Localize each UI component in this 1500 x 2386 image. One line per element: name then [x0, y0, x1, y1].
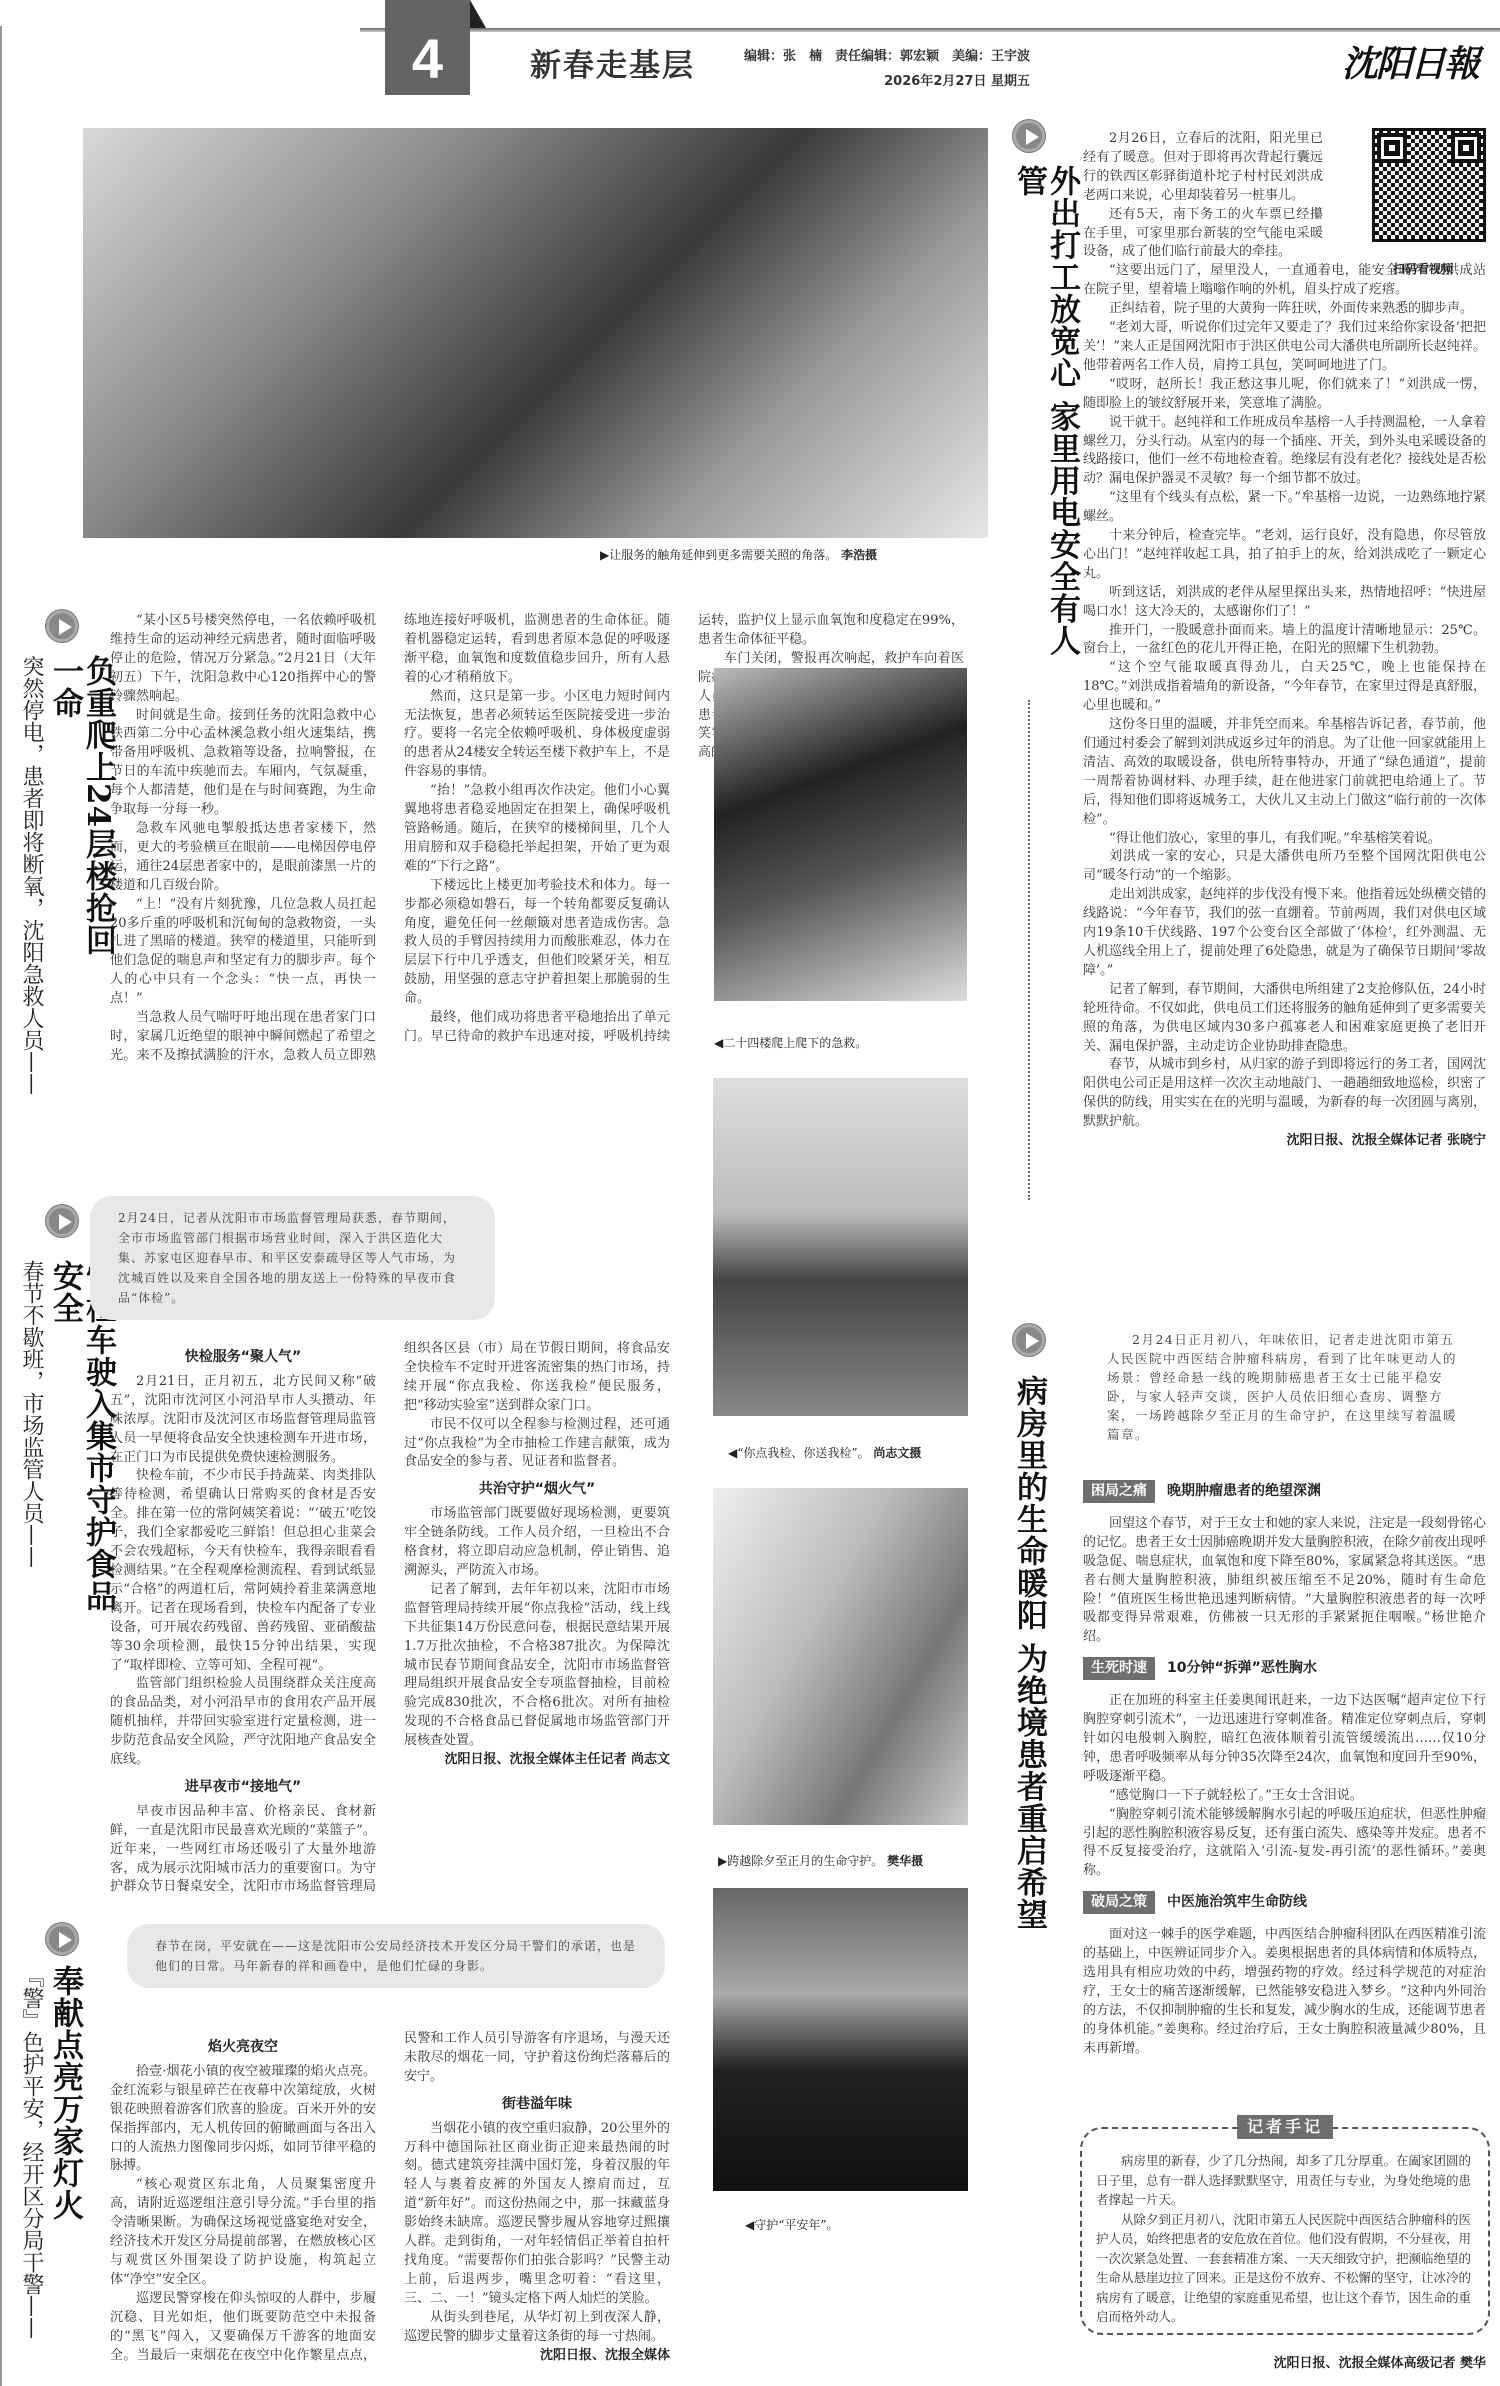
paragraph: “胸腔穿刺引流术能够缓解胸水引起的呼吸压迫症状，但恶性肿瘤引起的恶性胸腔积液容易…: [1083, 1806, 1486, 1882]
subheading: 进早夜市“接地气”: [110, 1778, 376, 1797]
paragraph: “抬！”急救小组再次作决定。他们小心翼翼地将患者稳妥地固定在担架上，确保呼吸机管…: [404, 782, 670, 877]
article-rescue-body: “某小区5号楼突然停电，一名依赖呼吸机维持生命的运动神经元病患者，随时面临呼吸停…: [110, 612, 670, 1082]
paragraph: 记者了解到，去年年初以来，沈阳市市场监督管理局持续开展“你点我检”活动，线上线下…: [404, 1581, 670, 1751]
rescue-photo-caption: ◀二十四楼爬上爬下的急救。: [714, 1034, 867, 1051]
paragraph: 正纠结着，院子里的大黄狗一阵狂吠，外面传来熟悉的脚步声。: [1083, 300, 1486, 319]
byline: 沈阳日报、沈报全媒体高级记者 樊华: [1273, 2352, 1486, 2371]
column-divider: [1028, 700, 1030, 1200]
reporter-note-title: 记者手记: [1237, 2115, 1333, 2139]
byline: 沈阳日报、沈报全媒体主任记者 尚志文: [404, 1751, 670, 1770]
paragraph: 正在加班的科室主任姜奥闻讯赶来，一边下达医嘱“超声定位下行胸腔穿刺引流术”，一边…: [1083, 1692, 1486, 1787]
section-heading: 破局之策中医施治筑牢生命防线: [1083, 1891, 1486, 1914]
page-left-rule: [0, 26, 2, 2386]
page-number: 4: [385, 0, 470, 95]
section-heading: 生死时速10分钟“拆弹”恶性胸水: [1083, 1657, 1486, 1680]
paragraph: 推开门，一股暖意扑面而来。墙上的温度计清晰地显示：25℃。窗台上，一盆红色的花儿…: [1083, 622, 1486, 660]
paragraph: “感觉胸口一下子就轻松了。”王女士含泪说。: [1083, 1787, 1486, 1806]
headline-rescue: 负重爬上24层楼抢回一命: [48, 655, 114, 985]
byline: 沈阳日报、沈报全媒体: [404, 2347, 670, 2366]
photo-credit: 樊华摄: [887, 1854, 923, 1868]
subhead-police: 『警』色护平安，经开区分局干警——: [18, 1965, 44, 2375]
paragraph: 春节，从城市到乡村，从归家的游子到即将远行的务工者，国网沈阳供电公司正是用这样一…: [1083, 1056, 1486, 1132]
section-tag: 生死时速: [1083, 1657, 1155, 1680]
headline-police: 奉献点亮万家灯火: [48, 1965, 81, 2265]
paragraph: “上！”没有片刻犹豫，几位急救人员扛起20多斤重的呼吸机和沉甸甸的急救物资，一头…: [110, 896, 376, 1009]
hospital-photo-caption: ▶跨越除夕至正月的生命守护。 樊华摄: [718, 1852, 923, 1869]
top-photo: [83, 128, 988, 538]
paragraph: 监管部门组织检验人员围绕群众关注度高的食品品类，对小河沿早市的食用农产品开展随机…: [110, 1675, 376, 1770]
video-play-icon[interactable]: [1013, 1324, 1045, 1356]
issue-date: 2026年2月27日 星期五: [744, 69, 1030, 94]
paragraph: 这份冬日里的温暖，并非凭空而来。牟基榕告诉记者，春节前，他们通过村委会了解到刘洪…: [1083, 716, 1486, 829]
paragraph: 快检车前，不少市民手持蔬菜、肉类排队等待检测，希望确认日常购买的食材是否安全。排…: [110, 1467, 376, 1675]
section-title: 新春走基层: [530, 40, 695, 85]
editors-line: 编辑：张 楠 责任编辑：郭宏颖 美编：王宇波: [744, 44, 1030, 69]
editor-credits: 编辑：张 楠 责任编辑：郭宏颖 美编：王宇波 2026年2月27日 星期五: [744, 44, 1030, 94]
paragraph: “老刘大哥，听说你们过完年又要走了？我们过来给你家设备‘把把关’！”来人正是国网…: [1083, 319, 1486, 376]
photo-credit: 李浩摄: [841, 548, 877, 562]
subhead-rescue: 突然停电，患者即将断氧，沈阳急救人员——: [18, 655, 44, 1095]
article-market-body: 快检服务“聚人气” 2月21日，正月初五，北方民间又称“破五”，沈阳市沈河区小河…: [110, 1340, 670, 1900]
paragraph: 十来分钟后，检查完毕。“老刘，运行良好，没有隐患，你尽管放心出门！”赵纯祥收起工…: [1083, 527, 1486, 584]
paragraph: 2月21日，正月初五，北方民间又称“破五”，沈阳市沈河区小河沿早市人头攒动、年味…: [110, 1373, 376, 1468]
paragraph: 下楼远比上楼更加考验技术和体力。每一步都必须稳如磐石，每一个转角都要反复确认角度…: [404, 877, 670, 1009]
paragraph: 病房里的新春，少了几分热闹，却多了几分厚重。在阖家团圆的日子里，总有一群人选择默…: [1096, 2151, 1474, 2210]
reporter-note: 记者手记 病房里的新春，少了几分热闹，却多了几分厚重。在阖家团圆的日子里，总有一…: [1080, 2127, 1490, 2335]
paragraph: 2月26日，立春后的沈阳，阳光里已经有了暖意。但对于即将再次背起行囊远行的铁西区…: [1083, 130, 1323, 206]
paragraph: “得让他们放心，家里的事儿，有我们呢。”牟基榕笑着说。: [1083, 830, 1486, 849]
paragraph: 时间就是生命。接到任务的沈阳急救中心铁西第二分中心孟林溪急救小组火速集结，携带备…: [110, 707, 376, 820]
paragraph: 急救车风驰电掣般抵达患者家楼下，然而，更大的考验横亘在眼前——电梯因停电停运，通…: [110, 820, 376, 896]
paragraph: 说干就干。赵纯祥和工作班成员牟基榕一人手持测温枪，一人拿着螺丝刀，分头行动。从室…: [1083, 414, 1486, 490]
video-play-icon[interactable]: [1013, 120, 1045, 152]
paragraph: 然而，这只是第一步。小区电力短时间内无法恢复，患者必须转运至医院接受进一步治疗。…: [404, 688, 670, 783]
lead-hospital: 2月24日正月初八，年味依旧，记者走进沈阳市第五人民医院中西医结合肿瘤科病房，看…: [1107, 1330, 1462, 1444]
article-hospital-body: 困局之痛晚期肿瘤患者的绝望深渊 回望这个春节，对于王女士和她的家人来说，注定是一…: [1083, 1470, 1486, 2058]
paragraph: “核心观赏区东北角，人员聚集密度升高，请附近巡逻组注意引导分流。”手台里的指令清…: [110, 2176, 376, 2289]
police-photo-caption: ◀守护“平安年”。: [745, 2216, 839, 2233]
paragraph: 市民不仅可以全程参与检测过程，还可通过“你点我检”为全市抽检工作建言献策，成为食…: [404, 1416, 670, 1473]
police-photo: [713, 1888, 968, 2191]
subheading: 共治守护“烟火气”: [404, 1480, 670, 1499]
paragraph: 刘洪成一家的安心，只是大潘供电所乃至整个国网沈阳供电公司“暖冬行动”的一个缩影。: [1083, 848, 1486, 886]
paragraph: 听到这话，刘洪成的老伴从屋里探出头来，热情地招呼：“快进屋喝口水！这大冷天的，太…: [1083, 584, 1486, 622]
page-number-tab: [470, 0, 486, 28]
photo-credit: 尚志文摄: [873, 1446, 921, 1460]
paragraph: 从街头到巷尾，从华灯初上到夜深人静，巡逻民警的脚步丈量着这条街的每一寸热闹。: [404, 2309, 670, 2347]
paragraph: “这要出远门了，屋里没人，一直通着电，能安全吗？”刘洪成站在院子里，望着墙上嗡嗡…: [1083, 262, 1486, 300]
lead-market: 2月24日，记者从沈阳市市场监督管理局获悉，春节期间，全市市场监管部门根据市场营…: [90, 1196, 495, 1320]
paragraph: 从除夕到正月初八，沈阳市第五人民医院中西医结合肿瘤科的医护人员，始终把患者的安危…: [1096, 2210, 1474, 2327]
hospital-photo: [713, 1488, 968, 1825]
paragraph: “某小区5号楼突然停电，一名依赖呼吸机维持生命的运动神经元病患者，随时面临呼吸停…: [110, 612, 376, 707]
paragraph: 市场监管部门既要做好现场检测，更要筑牢全链条防线。工作人员介绍，一旦检出不合格食…: [404, 1505, 670, 1581]
paragraph: 当烟花小镇的夜空重归寂静，20公里外的万科中德国际社区商业街正迎来最热闹的时刻。…: [404, 2120, 670, 2309]
video-play-icon[interactable]: [46, 1205, 78, 1237]
video-play-icon[interactable]: [46, 1923, 78, 1955]
paragraph: 面对这一棘手的医学难题，中西医结合肿瘤科团队在西医精准引流的基础上，中医辨证同步…: [1083, 1926, 1486, 2058]
byline: 沈阳日报、沈报全媒体记者 张晓宁: [1083, 1132, 1486, 1151]
paragraph: 走出刘洪成家，赵纯祥的步伐没有慢下来。他指着远处纵横交错的线路说：“今年春节，我…: [1083, 886, 1486, 981]
headline-hospital: 病房里的生命暖阳 为绝境患者重启希望: [1012, 1375, 1045, 1935]
top-photo-caption: ▶让服务的触角延伸到更多需要关照的角落。 李浩摄: [600, 546, 877, 563]
article-power-body: 2月26日，立春后的沈阳，阳光里已经有了暖意。但对于即将再次背起行囊远行的铁西区…: [1083, 130, 1486, 1151]
subheading: 焰火亮夜空: [110, 2038, 376, 2057]
subheading: 快检服务“聚人气”: [110, 1348, 376, 1367]
article-police-body: 焰火亮夜空 拾壹·烟花小镇的夜空被璀璨的焰火点亮。金红流彩与银星碎芒在夜幕中次第…: [110, 2030, 670, 2380]
lead-police: 春节在岗，平安就在——这是沈阳市公安局经济技术开发区分局干警们的承诺，也是他们的…: [127, 1924, 665, 1988]
market-photo: [713, 1078, 968, 1416]
masthead-logo: 沈阳日報: [1342, 36, 1478, 87]
paragraph: “这个空气能取暖真得劲儿，白天25℃，晚上也能保持在18℃。”刘洪成指着墙角的新…: [1083, 659, 1486, 716]
paragraph: 回望这个春节，对于王女士和她的家人来说，注定是一段刻骨铭心的记忆。患者王女士因肺…: [1083, 1515, 1486, 1647]
header-rule: [360, 28, 1500, 32]
subheading: 街巷溢年味: [404, 2095, 670, 2114]
section-tag: 困局之痛: [1083, 1480, 1155, 1503]
subhead-market: 春节不歇班，市场监管人员——: [18, 1260, 44, 1640]
rescue-photo: [714, 668, 967, 1001]
video-play-icon[interactable]: [46, 610, 78, 642]
headline-power: 外出打工放宽心 家里用电安全有人管: [1012, 165, 1078, 685]
paragraph: 还有5天，南下务工的火车票已经攥在手里，可家里那台新装的空气能电采暖设备，成了他…: [1083, 206, 1323, 263]
market-photo-caption: ◀“你点我检、你送我检”。 尚志文摄: [728, 1444, 921, 1461]
paragraph: “哎呀，赵所长！我正愁这事儿呢，你们就来了！”刘洪成一愣，随即脸上的皱纹舒展开来…: [1083, 376, 1486, 414]
paragraph: 记者了解到，春节期间，大潘供电所组建了2支抢修队伍，24小时轮班待命。不仅如此，…: [1083, 981, 1486, 1057]
paragraph: “这里有个线头有点松，紧一下。”牟基榕一边说，一边熟练地拧紧螺丝。: [1083, 489, 1486, 527]
section-tag: 破局之策: [1083, 1891, 1155, 1914]
section-heading: 困局之痛晚期肿瘤患者的绝望深渊: [1083, 1480, 1486, 1503]
paragraph: 拾壹·烟花小镇的夜空被璀璨的焰火点亮。金红流彩与银星碎芒在夜幕中次第绽放，火树银…: [110, 2063, 376, 2176]
